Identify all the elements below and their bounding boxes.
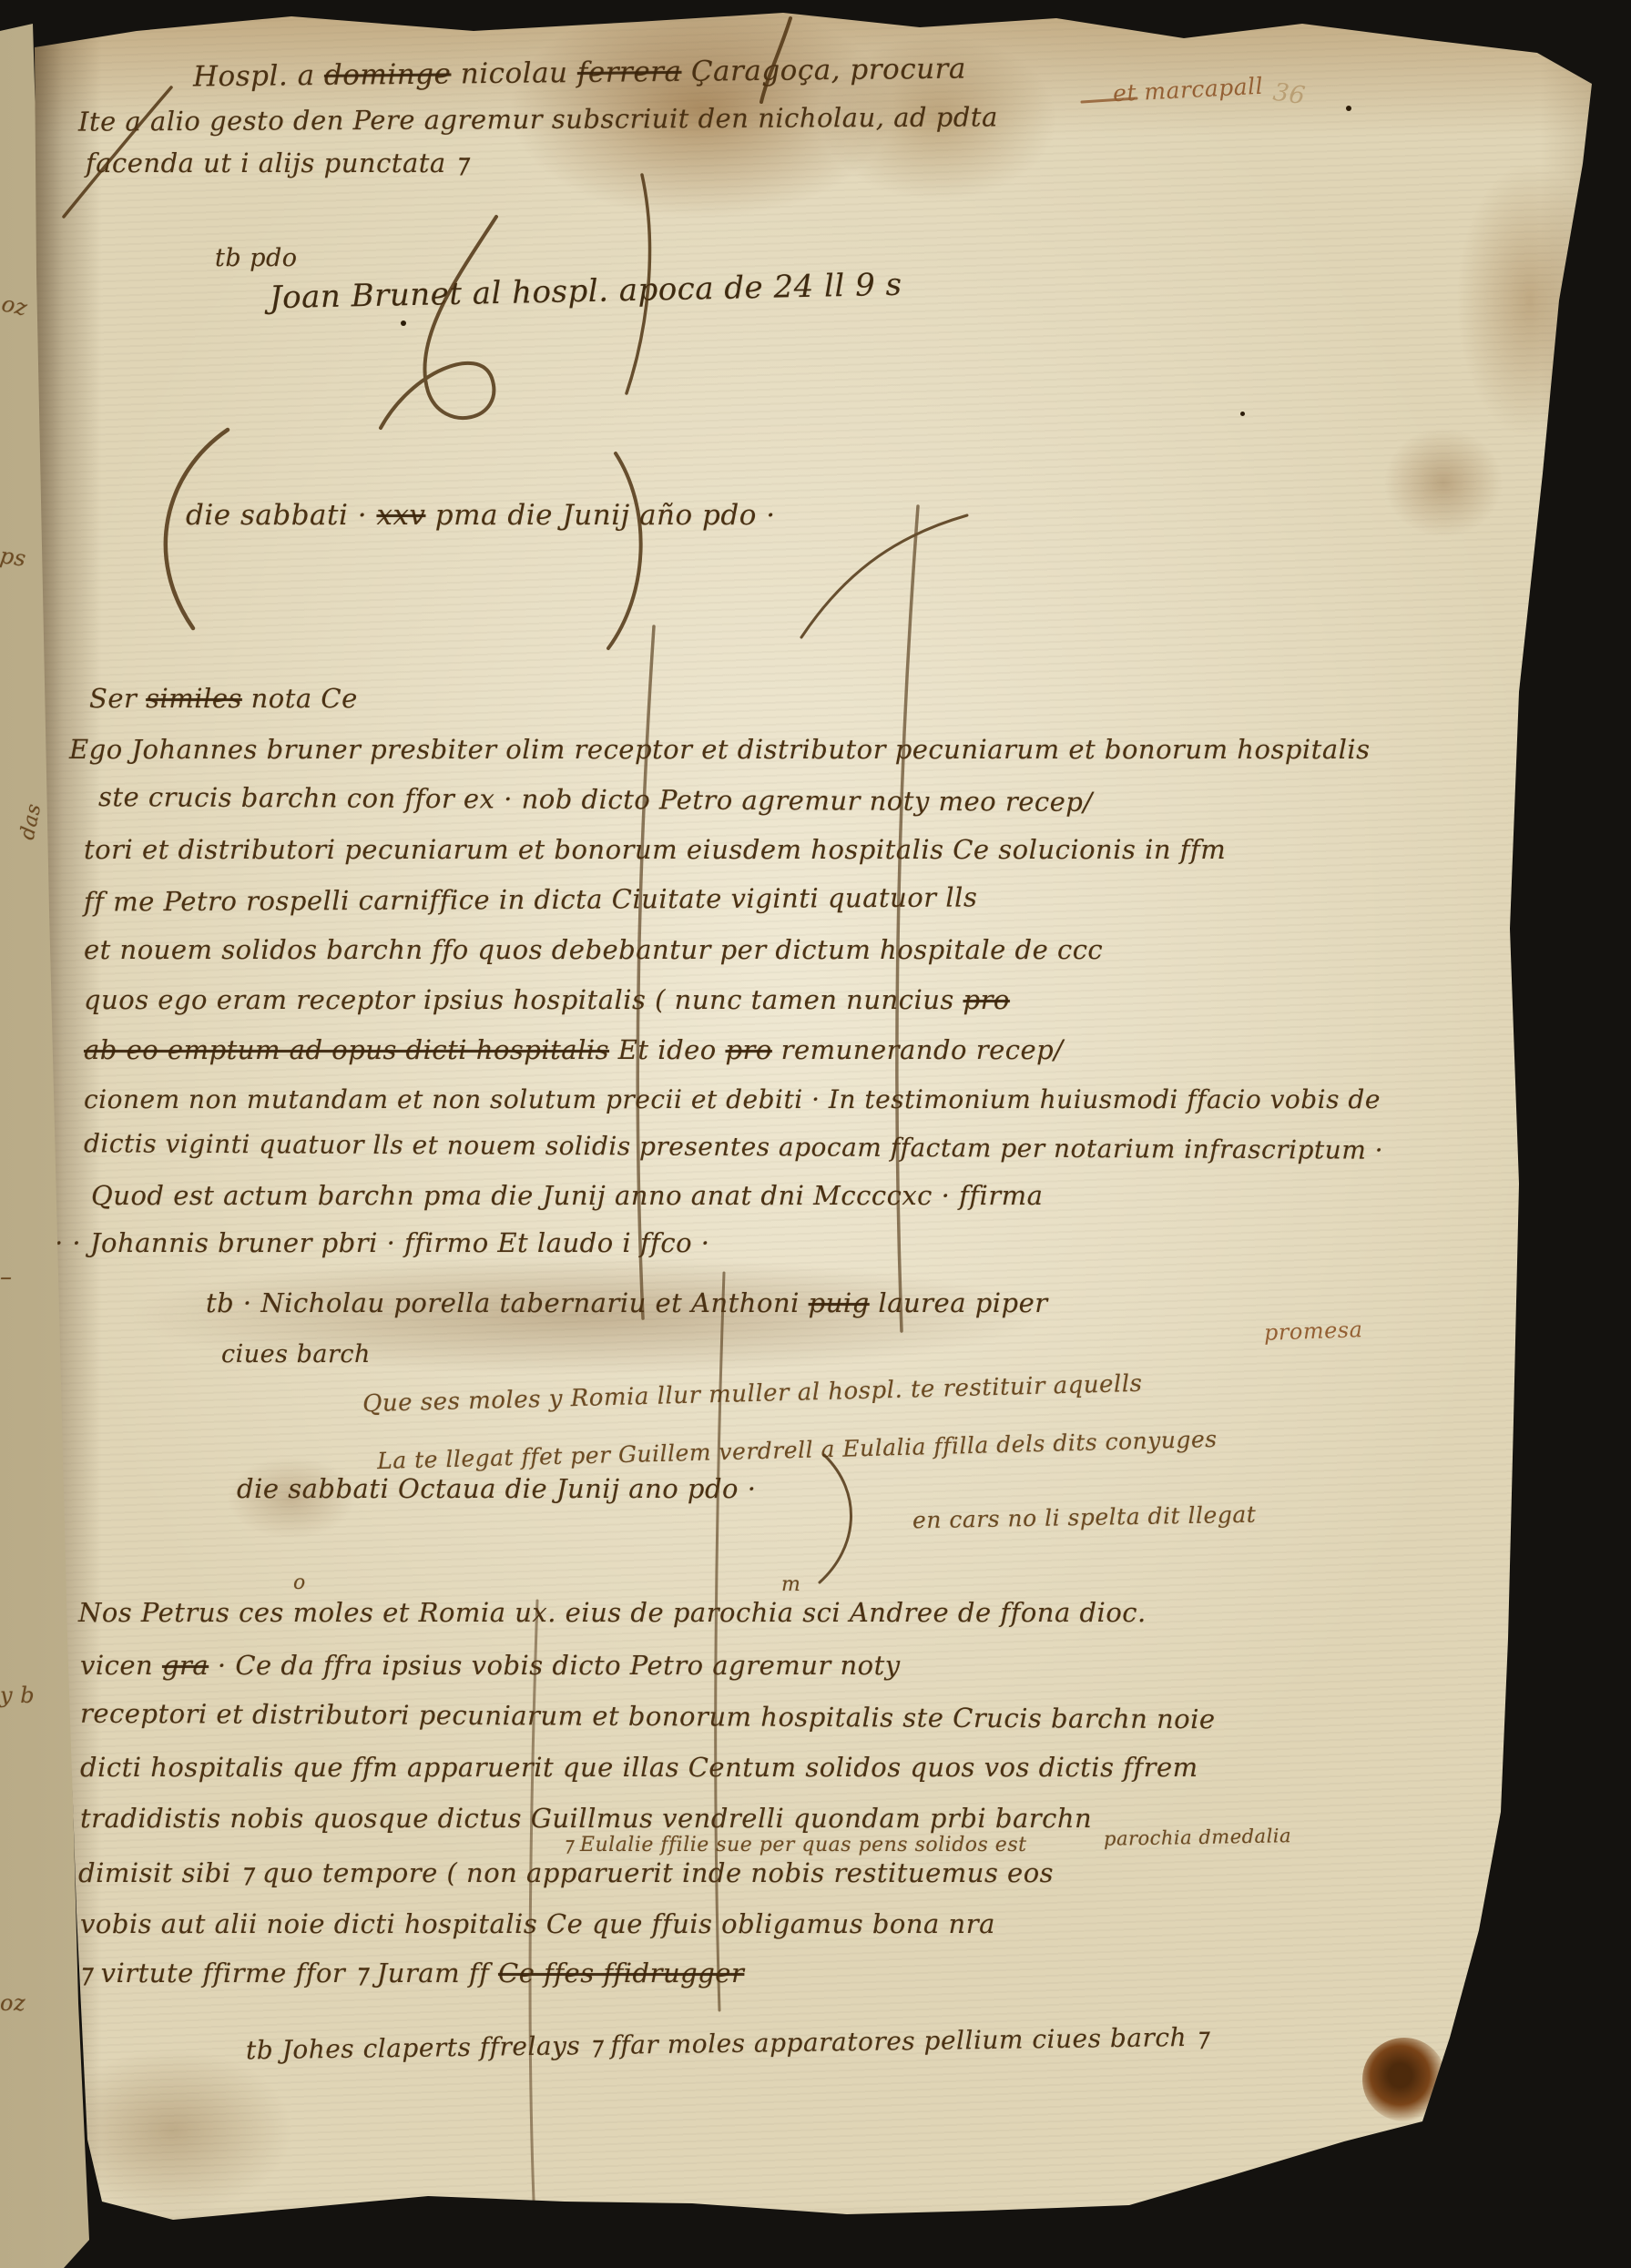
text: remunerando recep/ bbox=[772, 1034, 1064, 1065]
text: · Ce da ffra ipsius vobis dicto Petro ag… bbox=[209, 1650, 900, 1681]
catalan-note: Que ses moles y Romia llur muller al hos… bbox=[362, 1370, 1143, 1418]
apoca-label: tb pdo bbox=[215, 244, 298, 272]
margin-fragment: ps bbox=[0, 543, 27, 572]
header-line: facenda ut i alijs punctata ⁊ bbox=[86, 147, 468, 178]
header-title-line: Hospl. a dominge nicolau ferrera Çaragoç… bbox=[193, 53, 966, 94]
paragraph2-line: Nos Petrus ces moles et Romia ux. eius d… bbox=[78, 1597, 1147, 1628]
date-text: die sabbati · bbox=[186, 499, 376, 532]
paragraph1-line: ab eo emptum ad opus dicti hospitalis Et… bbox=[84, 1034, 1063, 1065]
paragraph2-line: dimisit sibi ⁊ quo tempore ( non apparue… bbox=[78, 1857, 1054, 1888]
paragraph1-line: ff me Petro rospelli carniffice in dicta… bbox=[84, 881, 977, 917]
ink-speck bbox=[1346, 106, 1351, 111]
water-stain bbox=[1384, 428, 1503, 537]
paragraph1-line: Ser similes nota Ce bbox=[89, 683, 358, 714]
date-line: die sabbati Octaua die Junij ano pdo · bbox=[237, 1473, 756, 1504]
margin-fragment: – bbox=[0, 1264, 13, 1291]
paraph-flourish bbox=[381, 217, 496, 428]
struck-word: gra bbox=[162, 1650, 209, 1681]
folio-number: 36 bbox=[1271, 78, 1307, 111]
paragraph1-line: Quod est actum barchn pma die Junij anno… bbox=[91, 1180, 1043, 1211]
interlinear-insertion: ⁊ Eulalie ffilie sue per quas pens solid… bbox=[563, 1834, 1026, 1856]
date-text: pma die Junij año pdo · bbox=[425, 499, 775, 532]
date-line: die sabbati · xxv pma die Junij año pdo … bbox=[186, 499, 776, 532]
header-line: Ite a alio gesto den Pere agremur subscr… bbox=[78, 101, 998, 137]
marginal-note: et marcapall bbox=[1112, 73, 1263, 107]
paragraph2-line: dicti hospitalis que ffm apparuerit que … bbox=[80, 1752, 1198, 1783]
text: Ser bbox=[89, 683, 146, 714]
struck-word: puig bbox=[809, 1287, 870, 1318]
photograph-background: oz ps das – y b oz Hospl. a dominge nico… bbox=[0, 0, 1631, 2268]
title-text: nicolau bbox=[451, 56, 577, 90]
witness-line: tb Johes claperts ffrelays ⁊ ffar moles … bbox=[246, 2022, 1208, 2066]
margin-fragment: y b bbox=[0, 1683, 35, 1708]
title-text: Çaragoça, procura bbox=[681, 53, 966, 88]
struck-word: dominge bbox=[324, 57, 452, 91]
ink-speck bbox=[1240, 412, 1245, 416]
text: vicen bbox=[80, 1650, 162, 1681]
superscript-mark: o bbox=[293, 1571, 306, 1594]
apoca-heading: Joan Brunet al hospl. apoca de 24 ll 9 s bbox=[270, 267, 902, 317]
paragraph2-line: vobis aut alii noie dicti hospitalis Ce … bbox=[80, 1908, 995, 1939]
ink-blot bbox=[1362, 2038, 1446, 2121]
paragraph2-line: ⁊ virtute ffirme ffor ⁊ Juram ff Ce ffes… bbox=[78, 1958, 744, 1988]
struck-word: ferrera bbox=[577, 56, 682, 89]
struck-word: xxv bbox=[376, 499, 425, 532]
witness-line: ciues barch bbox=[221, 1340, 371, 1368]
margin-fragment: oz bbox=[0, 290, 30, 320]
side-note: promesa bbox=[1264, 1317, 1363, 1346]
paragraph2-line: tradidistis nobis quosque dictus Guillmu… bbox=[80, 1803, 1092, 1834]
paragraph1-line: Ego Johannes bruner presbiter olim recep… bbox=[69, 734, 1371, 765]
manuscript-page: Hospl. a dominge nicolau ferrera Çaragoç… bbox=[0, 0, 1631, 2268]
paragraph1-line: ste crucis barchn con ffor ex · nob dict… bbox=[98, 781, 1093, 818]
margin-fragment: oz bbox=[0, 1990, 25, 2016]
ink-speck bbox=[401, 320, 406, 326]
text: laurea piper bbox=[870, 1287, 1048, 1318]
right-brace-flourish bbox=[608, 453, 641, 648]
paragraph1-line: cionem non mutandam et non solutum preci… bbox=[84, 1084, 1381, 1114]
struck-word: pro bbox=[725, 1034, 771, 1065]
paragraph2-line: receptori et distributori pecuniarum et … bbox=[80, 1698, 1216, 1735]
text: Et ideo bbox=[609, 1034, 725, 1065]
struck-word: pro bbox=[963, 984, 1010, 1015]
paragraph2-line: vicen gra · Ce da ffra ipsius vobis dict… bbox=[80, 1650, 901, 1681]
paragraph1-line: dictis viginti quatuor lls et nouem soli… bbox=[84, 1128, 1383, 1165]
text: nota Ce bbox=[242, 683, 358, 714]
paragraph1-line: tori et distributori pecuniarum et bonor… bbox=[84, 834, 1226, 865]
paragraph1-line: et nouem solidos barchn ffo quos debeban… bbox=[84, 934, 1103, 965]
water-stain bbox=[1457, 164, 1603, 437]
paragraph1-line: quos ego eram receptor ipsius hospitalis… bbox=[84, 984, 1010, 1015]
cancellation-stroke bbox=[637, 626, 654, 1318]
struck-phrase: Ce ffes ffidrugger bbox=[498, 1958, 744, 1988]
text: ⁊ virtute ffirme ffor ⁊ Juram ff bbox=[78, 1958, 498, 1988]
catalan-note: en cars no li spelta dit llegat bbox=[912, 1501, 1257, 1534]
witness-line: tb · Nicholau porella tabernariu et Anth… bbox=[206, 1287, 1048, 1318]
margin-fragment: das bbox=[16, 801, 46, 841]
interlinear-insertion: parochia dmedalia bbox=[1104, 1825, 1291, 1850]
struck-word: similes bbox=[146, 683, 242, 714]
text: tb · Nicholau porella tabernariu et Anth… bbox=[206, 1287, 809, 1318]
text: quos ego eram receptor ipsius hospitalis… bbox=[84, 984, 963, 1015]
title-text: Hospl. a bbox=[193, 59, 324, 94]
superscript-mark: m bbox=[781, 1573, 800, 1596]
catalan-note: La te llegat ffet per Guillem verdrell a… bbox=[377, 1426, 1218, 1474]
paragraph1-line: · · Johannis bruner pbri · ffirmo Et lau… bbox=[55, 1227, 710, 1258]
struck-phrase: ab eo emptum ad opus dicti hospitalis bbox=[84, 1034, 609, 1065]
